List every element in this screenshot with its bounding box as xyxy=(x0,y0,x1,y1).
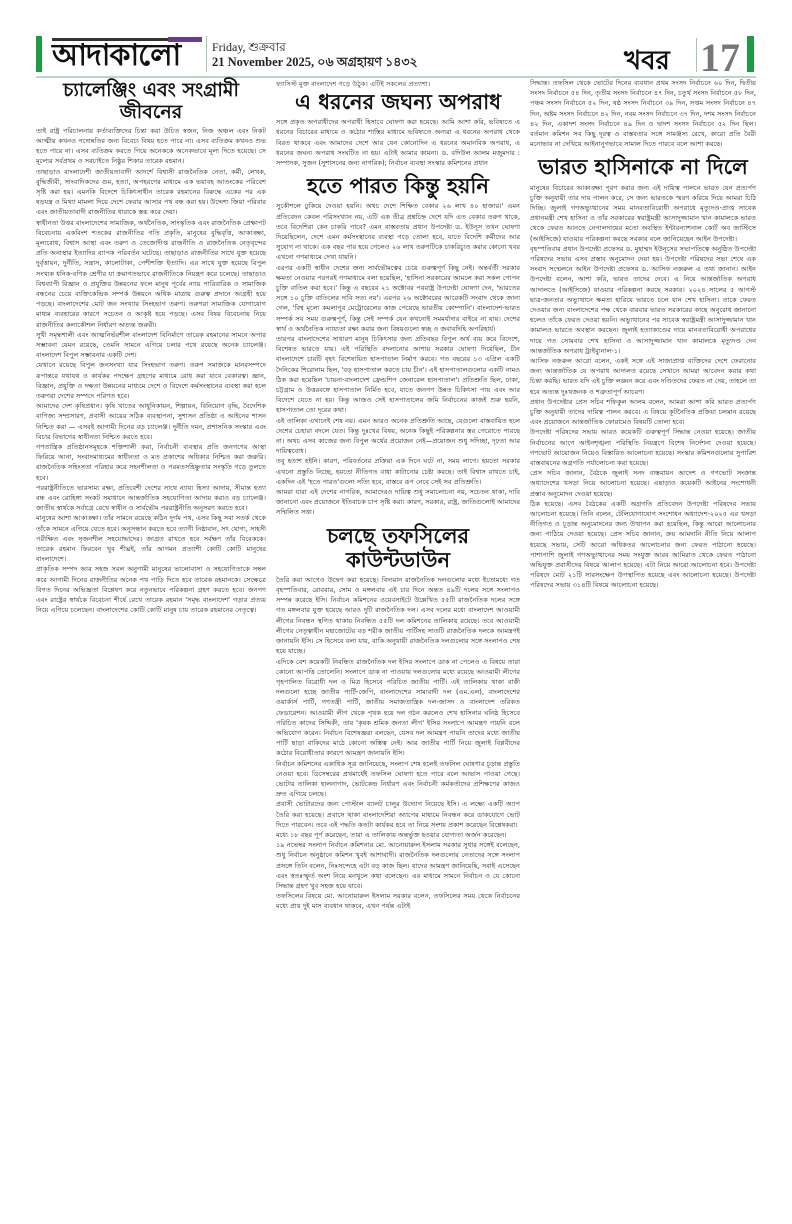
paragraph: মানুষের বিচারের আকাঙ্ক্ষা পূরণ করার জন্য… xyxy=(530,183,756,244)
page-number: 17 xyxy=(700,34,740,81)
article-headline: চলছে তফসিলের কাউন্টডাউন xyxy=(276,524,520,572)
paragraph: তাছাড়াও বাংলাদেশী জাতীয়তাবাদী আদর্শে ব… xyxy=(36,167,266,218)
logo-text: আদাকালো xyxy=(52,40,180,72)
article-headline: ভারত হাসিনাকে না দিলে xyxy=(530,155,756,179)
paragraph: উপদেষ্টা পরিষদের সভায় আরও কয়েকটি গুরুত… xyxy=(530,427,756,468)
article-heinous-crime: এ ধরনের জঘন্য অপরাধ সঙ্গে প্রকৃত অপরাধীদ… xyxy=(276,90,520,168)
paragraph: মধ্যে ১৮ বছর পূর্ণ করেছেন, তারা এ তালিকা… xyxy=(276,830,520,840)
paragraph: এই তালিকা এখানেই শেষ নয়। এমন আরও অনেক প… xyxy=(276,416,520,457)
paragraph: মানুষের আশা আকাঙ্ক্ষা। তাঁর সামনে রয়েছে… xyxy=(36,513,266,564)
paragraph: আমরা যারা এই দেশের নাগরিক, আমাদেরও দায়ি… xyxy=(276,487,520,518)
paragraph: এদিকে বেশ কয়েকটি নিবন্ধিত রাজনৈতিক দল ই… xyxy=(276,657,520,759)
paragraph: তবু হতাশ হইনি। কারণ, পরিবর্তনের প্রক্রিয… xyxy=(276,456,520,487)
column-left: চ্যালেঞ্জিং এবং সংগ্রামী জীবনের তাই রাষ্… xyxy=(36,78,266,615)
paragraph: বৃহস্পতিবার প্রধান উপদেষ্টা প্রফেসর ড. ম… xyxy=(530,244,756,356)
article-headline: হতে পারত কিন্তু হয়নি xyxy=(276,174,520,198)
paragraph: যেখানে রয়েছে বিপুল জনসংখ্যা যার সিংহভাগ… xyxy=(36,360,266,401)
column-middle: ফ্যাসিস্ট মুক্ত বাংলাদেশ গড়ে উঠুক। এটিই… xyxy=(276,78,520,912)
article-body: তাই রাষ্ট্র পরিচালনায় কর্তাব্যক্তিদের চ… xyxy=(36,126,266,616)
divider xyxy=(206,36,207,72)
article-schedule-countdown-continued: সিদ্ধান্ত। তফসিল থেকে ভোটের দিনের ব্যবধা… xyxy=(530,78,756,149)
issue-date: Friday, শুক্রবার 21 November 2025, ০৬ অগ… xyxy=(212,40,418,70)
article-challenging-life: চ্যালেঞ্জিং এবং সংগ্রামী জীবনের তাই রাষ্… xyxy=(36,80,266,615)
paragraph: সঙ্গে প্রকৃত অপরাধীদের অপরাধী হিসাবে ঘোষ… xyxy=(276,117,520,168)
paragraph: এরপর একটি স্বাধীন দেশের জন্য সার্বভৌমত্ব… xyxy=(276,263,520,334)
article-india-hasina: ভারত হাসিনাকে না দিলে মানুষের বিচারের আক… xyxy=(530,155,756,590)
article-headline: চ্যালেঞ্জিং এবং সংগ্রামী জীবনের xyxy=(36,80,266,124)
paragraph: প্রবাসী ভোটারদের জন্য পোস্টাল ব্যালট চাল… xyxy=(276,799,520,830)
weekday: Friday, শুক্রবার xyxy=(212,40,418,55)
paragraph: তৈরি করা আগেও উদ্বেগ করা হয়েছে। বিদ্যমা… xyxy=(276,575,520,657)
paragraph: ঠিক হয়েছে। এসব বৈঠকের একটি অগ্রগতি প্রত… xyxy=(530,499,756,591)
newspaper-logo: আদাকালো xyxy=(36,36,204,72)
paragraph: আমাদের দেশ কৃষিপ্রধান। কৃষি খাতের আধুনিক… xyxy=(36,401,266,442)
column-right: সিদ্ধান্ত। তফসিল থেকে ভোটের দিনের ব্যবধা… xyxy=(530,78,756,591)
paragraph: তারপর বাংলাদেশের সাধারণ মানুষ চিকিৎসার জ… xyxy=(276,334,520,416)
article-could-have-been: হতে পারত কিন্তু হয়নি সুকৌশলে ঢুকিয়ে দে… xyxy=(276,174,520,517)
paragraph: তফসিলের বিষয়ে মো. আনোয়ারুল ইসলাম সরকার… xyxy=(276,891,520,911)
paragraph: প্রাকৃতিক সম্পদ আর সহজ সরল অনুগামী মানুষ… xyxy=(36,564,266,615)
masthead: আদাকালো Friday, শুক্রবার 21 November 202… xyxy=(36,36,756,76)
brand-bar xyxy=(747,36,754,72)
paragraph: পররাষ্ট্রনীতিতে ভারসাম্য রক্ষা, প্রতিবেশ… xyxy=(36,483,266,514)
paragraph: তাই রাষ্ট্র পরিচালনায় কর্তাব্যক্তিদের চ… xyxy=(36,126,266,167)
paragraph: সিদ্ধান্ত। তফসিল থেকে ভোটের দিনের ব্যবধা… xyxy=(530,78,756,149)
paragraph: আসিফ নজরুল আরো বলেন, একই সঙ্গে এই সাজাপ্… xyxy=(530,356,756,397)
paragraph: প্রধান উপদেষ্টার প্রেস সচিব শফিকুল আলম ব… xyxy=(530,397,756,428)
paragraph: ১৯ নভেম্বর সংলাপ নির্বাচন কমিশনার মো. আন… xyxy=(276,840,520,891)
paragraph: স্বাধীনতা উত্তর বাংলাদেশের সামাজিক, অর্থ… xyxy=(36,218,266,330)
divider xyxy=(696,38,697,72)
paragraph: সুকৌশলে ঢুকিয়ে দেওয়া হয়নি। অথচ দেশে শ… xyxy=(276,201,520,262)
paragraph: গণতান্ত্রিক প্রতিষ্ঠানসমূহকে শক্তিশালী ক… xyxy=(36,442,266,483)
full-date: 21 November 2025, ০৬ অগ্রহায়ণ ১৪৩২ xyxy=(212,55,418,70)
paragraph: নির্বাচন কমিশনের একাধিক সূত্র জানিয়েছে,… xyxy=(276,759,520,800)
article-headline: এ ধরনের জঘন্য অপরাধ xyxy=(276,90,520,114)
paragraph: সুখী সমৃদ্ধশালী এবং আত্মনির্ভরশীল বাংলাদ… xyxy=(36,330,266,361)
paragraph: প্রেস সচিব জানান, বৈঠকে জুলাই সনদ বাস্তব… xyxy=(530,468,756,499)
article-schedule-countdown: চলছে তফসিলের কাউন্টডাউন তৈরি করা আগেও উদ… xyxy=(276,524,520,912)
